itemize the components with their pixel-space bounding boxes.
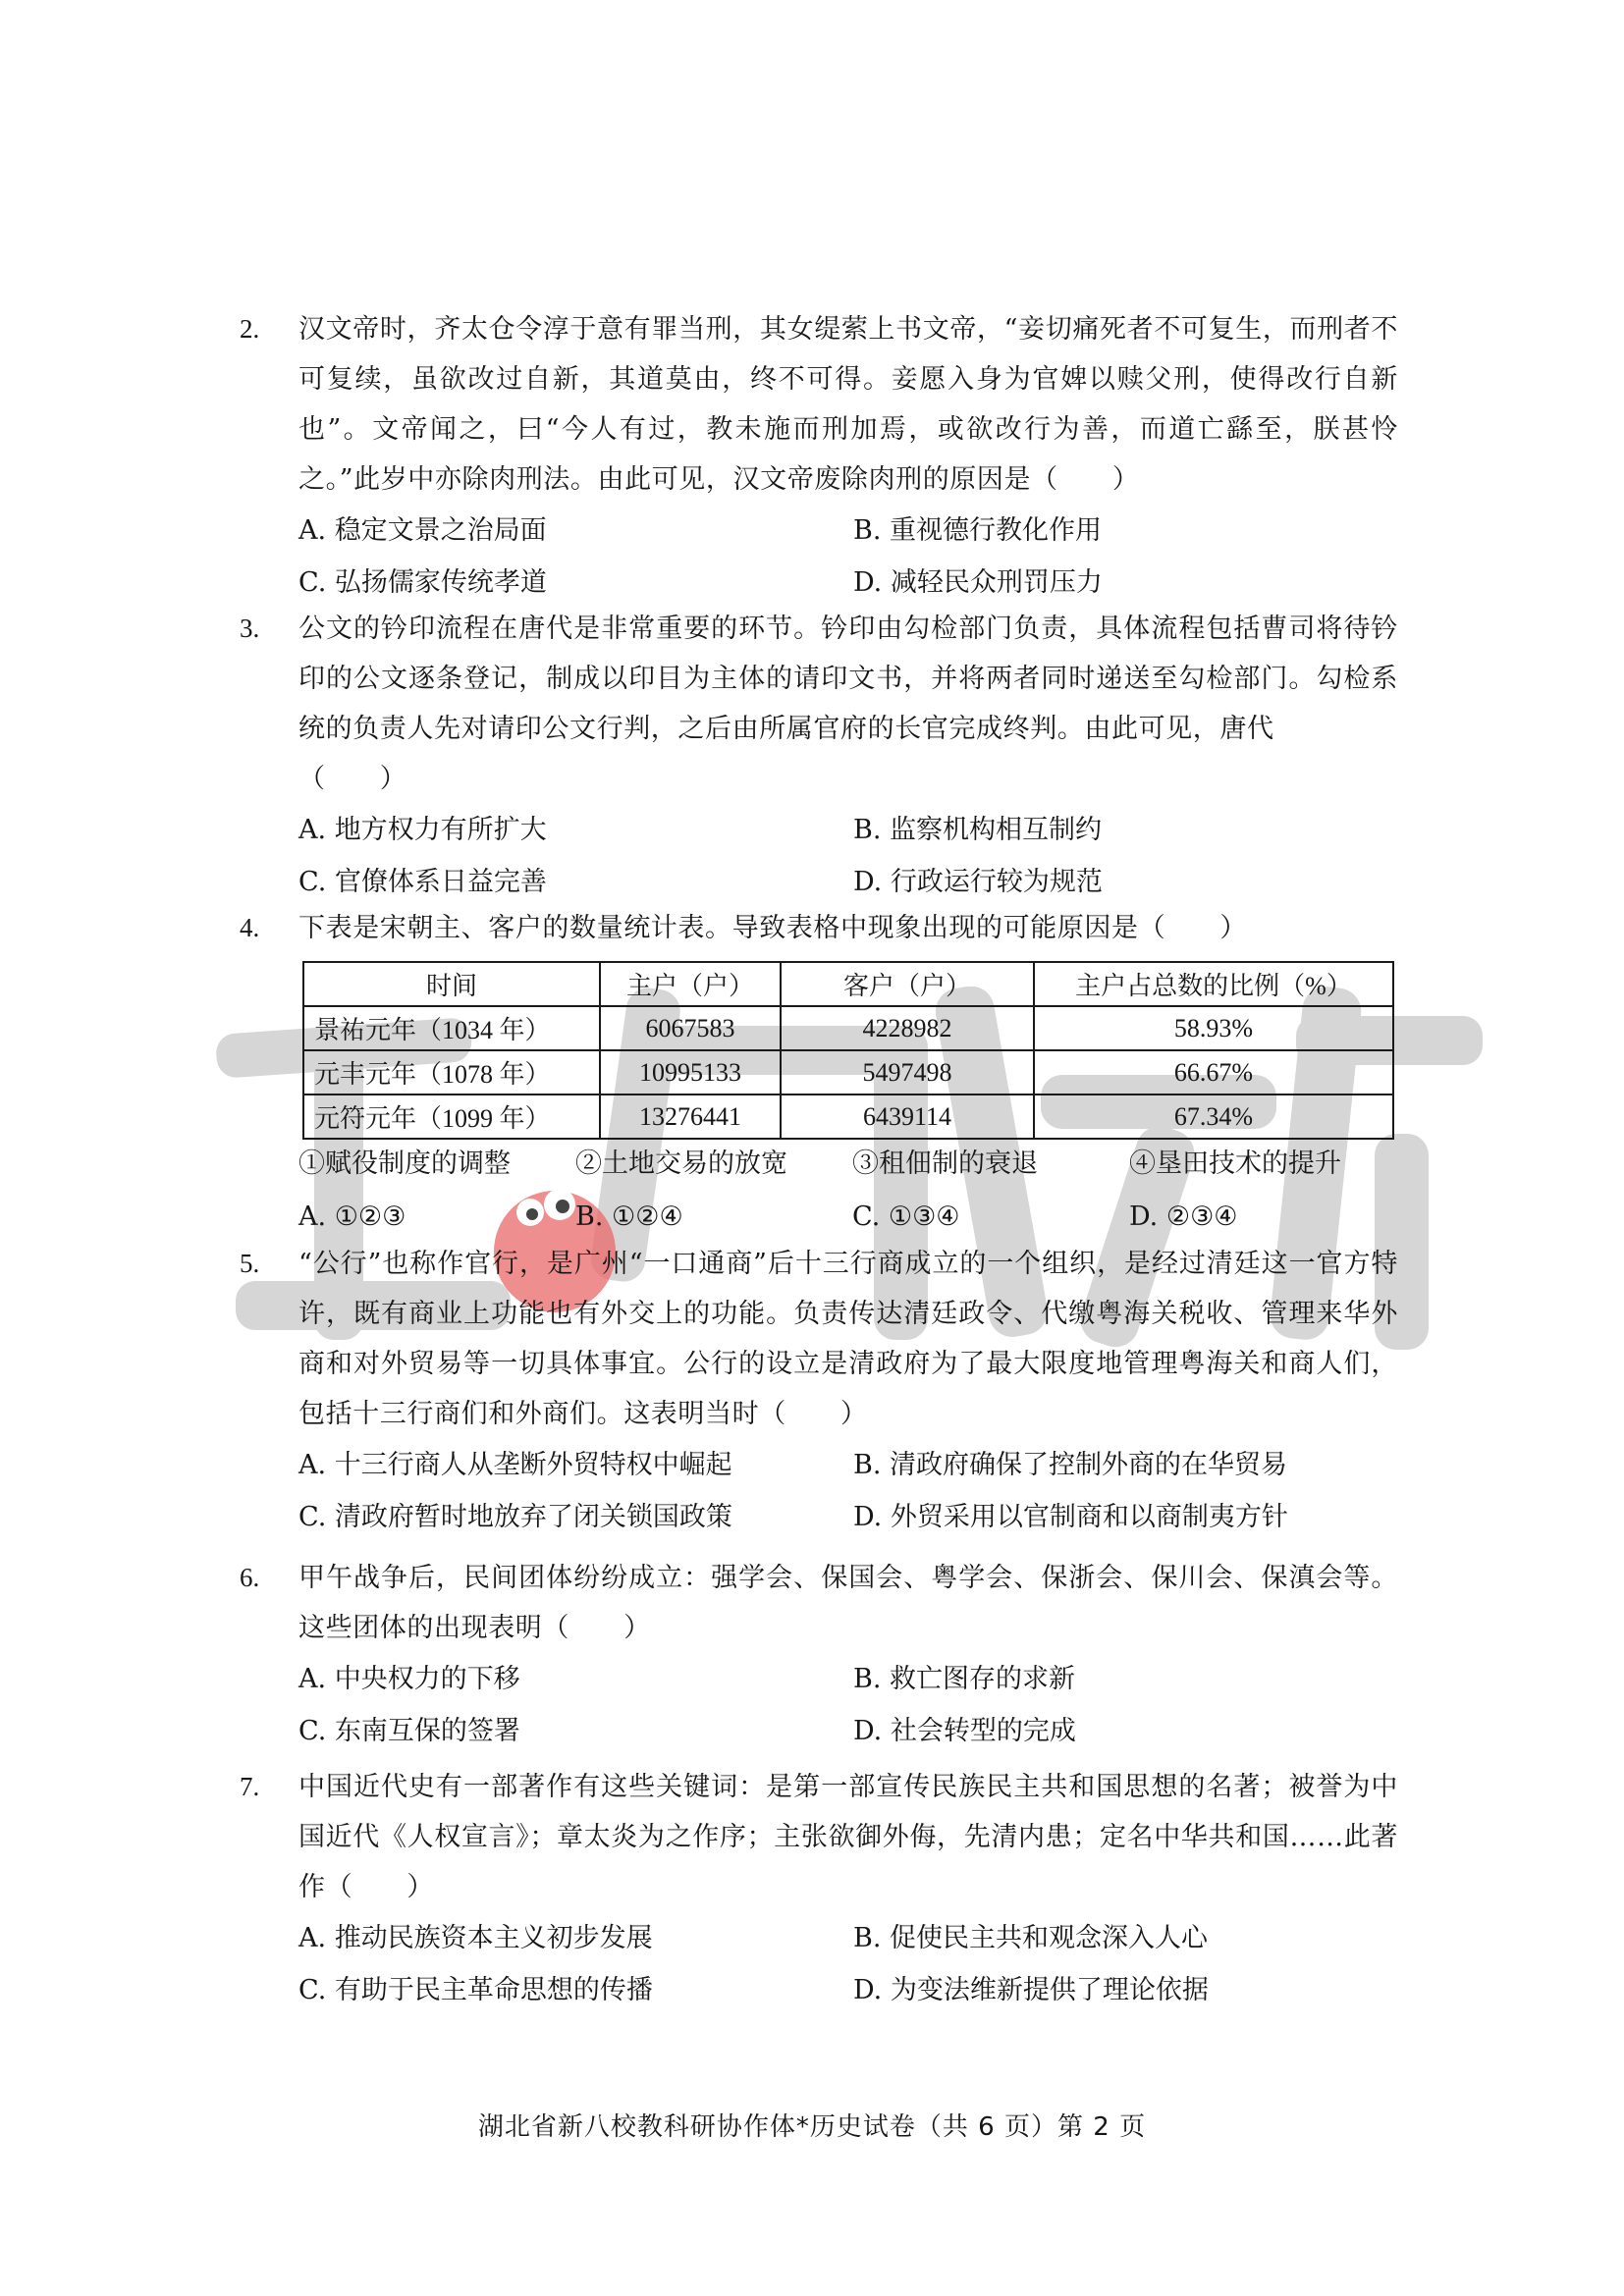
question-3: 3. 公文的钤印流程在唐代是非常重要的环节。钤印由勾检部门负责，具体流程包括曹司… [240, 604, 1398, 908]
table-cell: 67.34% [1034, 1095, 1393, 1139]
option-b[interactable]: B. 清政府确保了控制外商的在华贸易 [853, 1439, 1398, 1491]
table-cell: 元丰元年（1078 年） [303, 1050, 600, 1095]
option-b[interactable]: B. 促使民主共和观念深入人心 [853, 1912, 1398, 1964]
household-table: 时间 主户（户） 客户（户） 主户占总数的比例（%） 景祐元年（1034 年） … [302, 961, 1394, 1140]
question-number: 4. [240, 913, 259, 943]
question-6: 6. 甲午战争后，民间团体纷纷成立：强学会、保国会、粤学会、保浙会、保川会、保滇… [240, 1553, 1398, 1757]
table-cell: 10995133 [600, 1050, 781, 1095]
option-c[interactable]: C. 弘扬儒家传统孝道 [298, 557, 853, 609]
table-cell: 66.67% [1034, 1050, 1393, 1095]
table-header: 时间 [303, 962, 600, 1006]
table-row: 景祐元年（1034 年） 6067583 4228982 58.93% [303, 1006, 1393, 1050]
options: A. ①②③ B. ①②④ C. ①③④ D. ②③④ [298, 1193, 1398, 1242]
table-header: 客户（户） [781, 962, 1034, 1006]
option-b[interactable]: B. 监察机构相互制约 [853, 804, 1398, 856]
question-stem: 下表是宋朝主、客户的数量统计表。导致表格中现象出现的可能原因是（ ） [298, 903, 1398, 953]
option-a[interactable]: A. 中央权力的下移 [298, 1653, 853, 1705]
option-d[interactable]: D. 减轻民众刑罚压力 [853, 557, 1398, 609]
question-number: 7. [240, 1772, 259, 1802]
option-a[interactable]: A. 推动民族资本主义初步发展 [298, 1912, 853, 1964]
options: A. 十三行商人从垄断外贸特权中崛起 B. 清政府确保了控制外商的在华贸易 C.… [298, 1439, 1398, 1543]
option-c[interactable]: C. 有助于民主革命思想的传播 [298, 1964, 853, 2016]
table-cell: 5497498 [781, 1050, 1034, 1095]
exam-page: 2. 汉文帝时，齐太仓令淳于意有罪当刑，其女缇萦上书文帝，“妾切痛死者不可复生，… [0, 0, 1624, 2296]
question-stem: 汉文帝时，齐太仓令淳于意有罪当刑，其女缇萦上书文帝，“妾切痛死者不可复生，而刑者… [298, 304, 1398, 505]
option-d[interactable]: D. 行政运行较为规范 [853, 856, 1398, 908]
statement-2: ②土地交易的放宽 [575, 1140, 852, 1189]
option-a[interactable]: A. 十三行商人从垄断外贸特权中崛起 [298, 1439, 853, 1491]
option-a[interactable]: A. 稳定文景之治局面 [298, 505, 853, 557]
question-4: 4. 下表是宋朝主、客户的数量统计表。导致表格中现象出现的可能原因是（ ） 时间… [240, 903, 1398, 1242]
option-c[interactable]: C. ①③④ [852, 1193, 1129, 1242]
options: A. 稳定文景之治局面 B. 重视德行教化作用 C. 弘扬儒家传统孝道 D. 减… [298, 505, 1398, 609]
option-d[interactable]: D. 为变法维新提供了理论依据 [853, 1964, 1398, 2016]
option-b[interactable]: B. 救亡图存的求新 [853, 1653, 1398, 1705]
page-footer: 湖北省新八校教科研协作体*历史试卷（共 6 页）第 2 页 [0, 2107, 1624, 2143]
table-cell: 景祐元年（1034 年） [303, 1006, 600, 1050]
question-number: 5. [240, 1249, 259, 1279]
option-b[interactable]: B. 重视德行教化作用 [853, 505, 1398, 557]
question-5: 5. “公行”也称作官行，是广州“一口通商”后十三行商成立的一个组织，是经过清廷… [240, 1239, 1398, 1543]
option-a[interactable]: A. 地方权力有所扩大 [298, 804, 853, 856]
table-cell: 6067583 [600, 1006, 781, 1050]
statement-1: ①赋役制度的调整 [298, 1140, 575, 1189]
question-7: 7. 中国近代史有一部著作有这些关键词：是第一部宣传民族民主共和国思想的名著；被… [240, 1762, 1398, 2016]
question-number: 6. [240, 1563, 259, 1593]
option-d[interactable]: D. 外贸采用以官制商和以商制夷方针 [853, 1491, 1398, 1543]
table-row: 元符元年（1099 年） 13276441 6439114 67.34% [303, 1095, 1393, 1139]
question-stem: 公文的钤印流程在唐代是非常重要的环节。钤印由勾检部门负责，具体流程包括曹司将待钤… [298, 604, 1398, 804]
statements: ①赋役制度的调整 ②土地交易的放宽 ③租佃制的衰退 ④垦田技术的提升 [298, 1140, 1398, 1189]
question-2: 2. 汉文帝时，齐太仓令淳于意有罪当刑，其女缇萦上书文帝，“妾切痛死者不可复生，… [240, 304, 1398, 609]
table-header-row: 时间 主户（户） 客户（户） 主户占总数的比例（%） [303, 962, 1393, 1006]
option-c[interactable]: C. 官僚体系日益完善 [298, 856, 853, 908]
table-header: 主户占总数的比例（%） [1034, 962, 1393, 1006]
option-d[interactable]: D. 社会转型的完成 [853, 1705, 1398, 1757]
option-c[interactable]: C. 清政府暂时地放弃了闭关锁国政策 [298, 1491, 853, 1543]
statement-4: ④垦田技术的提升 [1129, 1140, 1406, 1189]
option-a[interactable]: A. ①②③ [298, 1193, 575, 1242]
table-cell: 6439114 [781, 1095, 1034, 1139]
table-cell: 13276441 [600, 1095, 781, 1139]
option-b[interactable]: B. ①②④ [575, 1193, 852, 1242]
table-cell: 4228982 [781, 1006, 1034, 1050]
question-number: 2. [240, 314, 259, 345]
table-cell: 元符元年（1099 年） [303, 1095, 600, 1139]
table-header: 主户（户） [600, 962, 781, 1006]
options: A. 推动民族资本主义初步发展 B. 促使民主共和观念深入人心 C. 有助于民主… [298, 1912, 1398, 2016]
option-d[interactable]: D. ②③④ [1129, 1193, 1406, 1242]
options: A. 地方权力有所扩大 B. 监察机构相互制约 C. 官僚体系日益完善 D. 行… [298, 804, 1398, 908]
question-stem: “公行”也称作官行，是广州“一口通商”后十三行商成立的一个组织，是经过清廷这一官… [298, 1239, 1398, 1439]
table-row: 元丰元年（1078 年） 10995133 5497498 66.67% [303, 1050, 1393, 1095]
options: A. 中央权力的下移 B. 救亡图存的求新 C. 东南互保的签署 D. 社会转型… [298, 1653, 1398, 1757]
statement-3: ③租佃制的衰退 [852, 1140, 1129, 1189]
table-cell: 58.93% [1034, 1006, 1393, 1050]
option-c[interactable]: C. 东南互保的签署 [298, 1705, 853, 1757]
question-number: 3. [240, 614, 259, 644]
question-stem: 甲午战争后，民间团体纷纷成立：强学会、保国会、粤学会、保浙会、保川会、保滇会等。… [298, 1553, 1398, 1653]
question-stem: 中国近代史有一部著作有这些关键词：是第一部宣传民族民主共和国思想的名著；被誉为中… [298, 1762, 1398, 1912]
